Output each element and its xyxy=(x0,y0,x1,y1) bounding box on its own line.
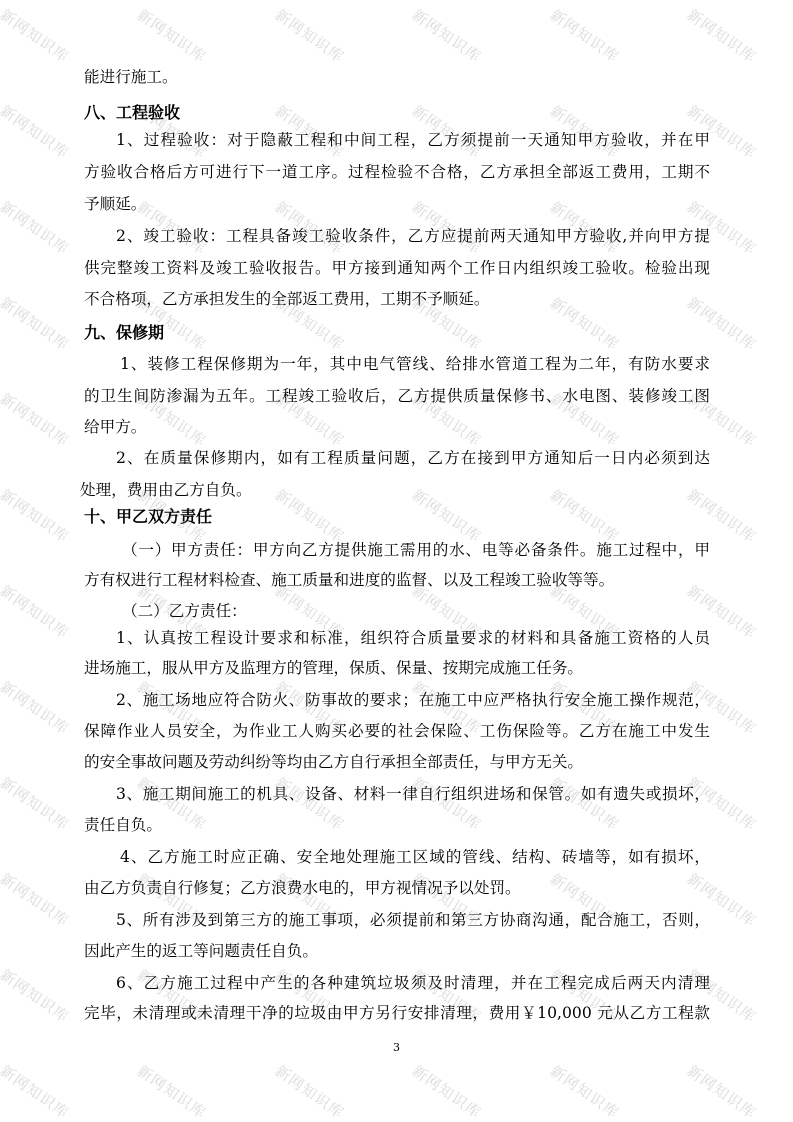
paragraph-line: 4、乙方施工时应正确、安全地处理施工区域的管线、结构、砖墙等，如有损坏， xyxy=(120,846,710,868)
paragraph-line: 6、乙方施工过程中产生的各种建筑垃圾须及时清理，并在工程完成后两天内清理 xyxy=(116,972,710,994)
paragraph-line: 3、施工期间施工的机具、设备、材料一律自行组织进场和保管。如有遗失或损坏， xyxy=(116,783,710,805)
paragraph-line: 进场施工，服从甲方及监理方的管理，保质、保量、按期完成施工任务。 xyxy=(84,657,710,679)
paragraph-line: 2、在质量保修期内，如有工程质量问题，乙方在接到甲方通知后一日内必须到达 xyxy=(116,447,710,469)
document-page: 能进行施工。八、工程验收1、过程验收：对于隐蔽工程和中间工程，乙方须提前一天通知… xyxy=(0,0,793,1122)
section-heading: 十、甲乙双方责任 xyxy=(84,506,710,528)
section-heading: 八、工程验收 xyxy=(84,102,710,124)
paragraph-line: 1、装修工程保修期为一年，其中电气管线、给排水管道工程为二年，有防水要求 xyxy=(120,353,710,375)
paragraph-line: 不合格项，乙方承担发生的全部返工费用，工期不予顺延。 xyxy=(84,288,710,310)
paragraph-line: 2、竣工验收：工程具备竣工验收条件，乙方应提前两天通知甲方验收,并向甲方提 xyxy=(116,225,710,247)
paragraph-line: 5、所有涉及到第三方的施工事项，必须提前和第三方协商沟通，配合施工，否则， xyxy=(116,909,710,931)
paragraph-line: 的卫生间防渗漏为五年。工程竣工验收后，乙方提供质量保修书、水电图、装修竣工图 xyxy=(84,385,710,407)
paragraph-line: 供完整竣工资料及竣工验收报告。甲方接到通知两个工作日内组织竣工验收。检验出现 xyxy=(84,257,710,279)
paragraph-line: （二）乙方责任： xyxy=(122,600,710,622)
paragraph-line: 因此产生的返工等问题责任自负。 xyxy=(84,940,710,962)
paragraph-line: 责任自负。 xyxy=(84,814,710,836)
paragraph-line: 1、过程验收：对于隐蔽工程和中间工程，乙方须提前一天通知甲方验收，并在甲 xyxy=(116,129,710,151)
paragraph-line: 完毕，未清理或未清理干净的垃圾由甲方另行安排清理，费用￥10,000 元从乙方工… xyxy=(84,1002,710,1024)
paragraph-line: 予顺延。 xyxy=(84,193,710,215)
paragraph-line: 方有权进行工程材料检查、施工质量和进度的监督、以及工程竣工验收等等。 xyxy=(84,569,710,591)
paragraph-line: 能进行施工。 xyxy=(84,66,710,88)
paragraph-line: 2、施工场地应符合防火、防事故的要求；在施工中应严格执行安全施工操作规范， xyxy=(116,689,710,711)
paragraph-line: 方验收合格后方可进行下一道工序。过程检验不合格，乙方承担全部返工费用，工期不 xyxy=(84,161,710,183)
page-number: 3 xyxy=(393,1041,400,1054)
paragraph-line: 的安全事故问题及劳动纠纷等均由乙方自行承担全部责任，与甲方无关。 xyxy=(84,751,710,773)
section-heading: 九、保修期 xyxy=(84,322,710,344)
paragraph-line: 保障作业人员安全，为作业工人购买必要的社会保险、工伤保险等。乙方在施工中发生 xyxy=(84,720,710,742)
paragraph-line: 1、认真按工程设计要求和标准，组织符合质量要求的材料和具备施工资格的人员 xyxy=(116,627,710,649)
paragraph-line: 给甲方。 xyxy=(84,416,710,438)
paragraph-line: （一）甲方责任：甲方向乙方提供施工需用的水、电等必备条件。施工过程中，甲 xyxy=(122,539,710,561)
paragraph-line: 由乙方负责自行修复；乙方浪费水电的，甲方视情况予以处罚。 xyxy=(84,877,710,899)
paragraph-line: 处理，费用由乙方自负。 xyxy=(80,479,710,501)
